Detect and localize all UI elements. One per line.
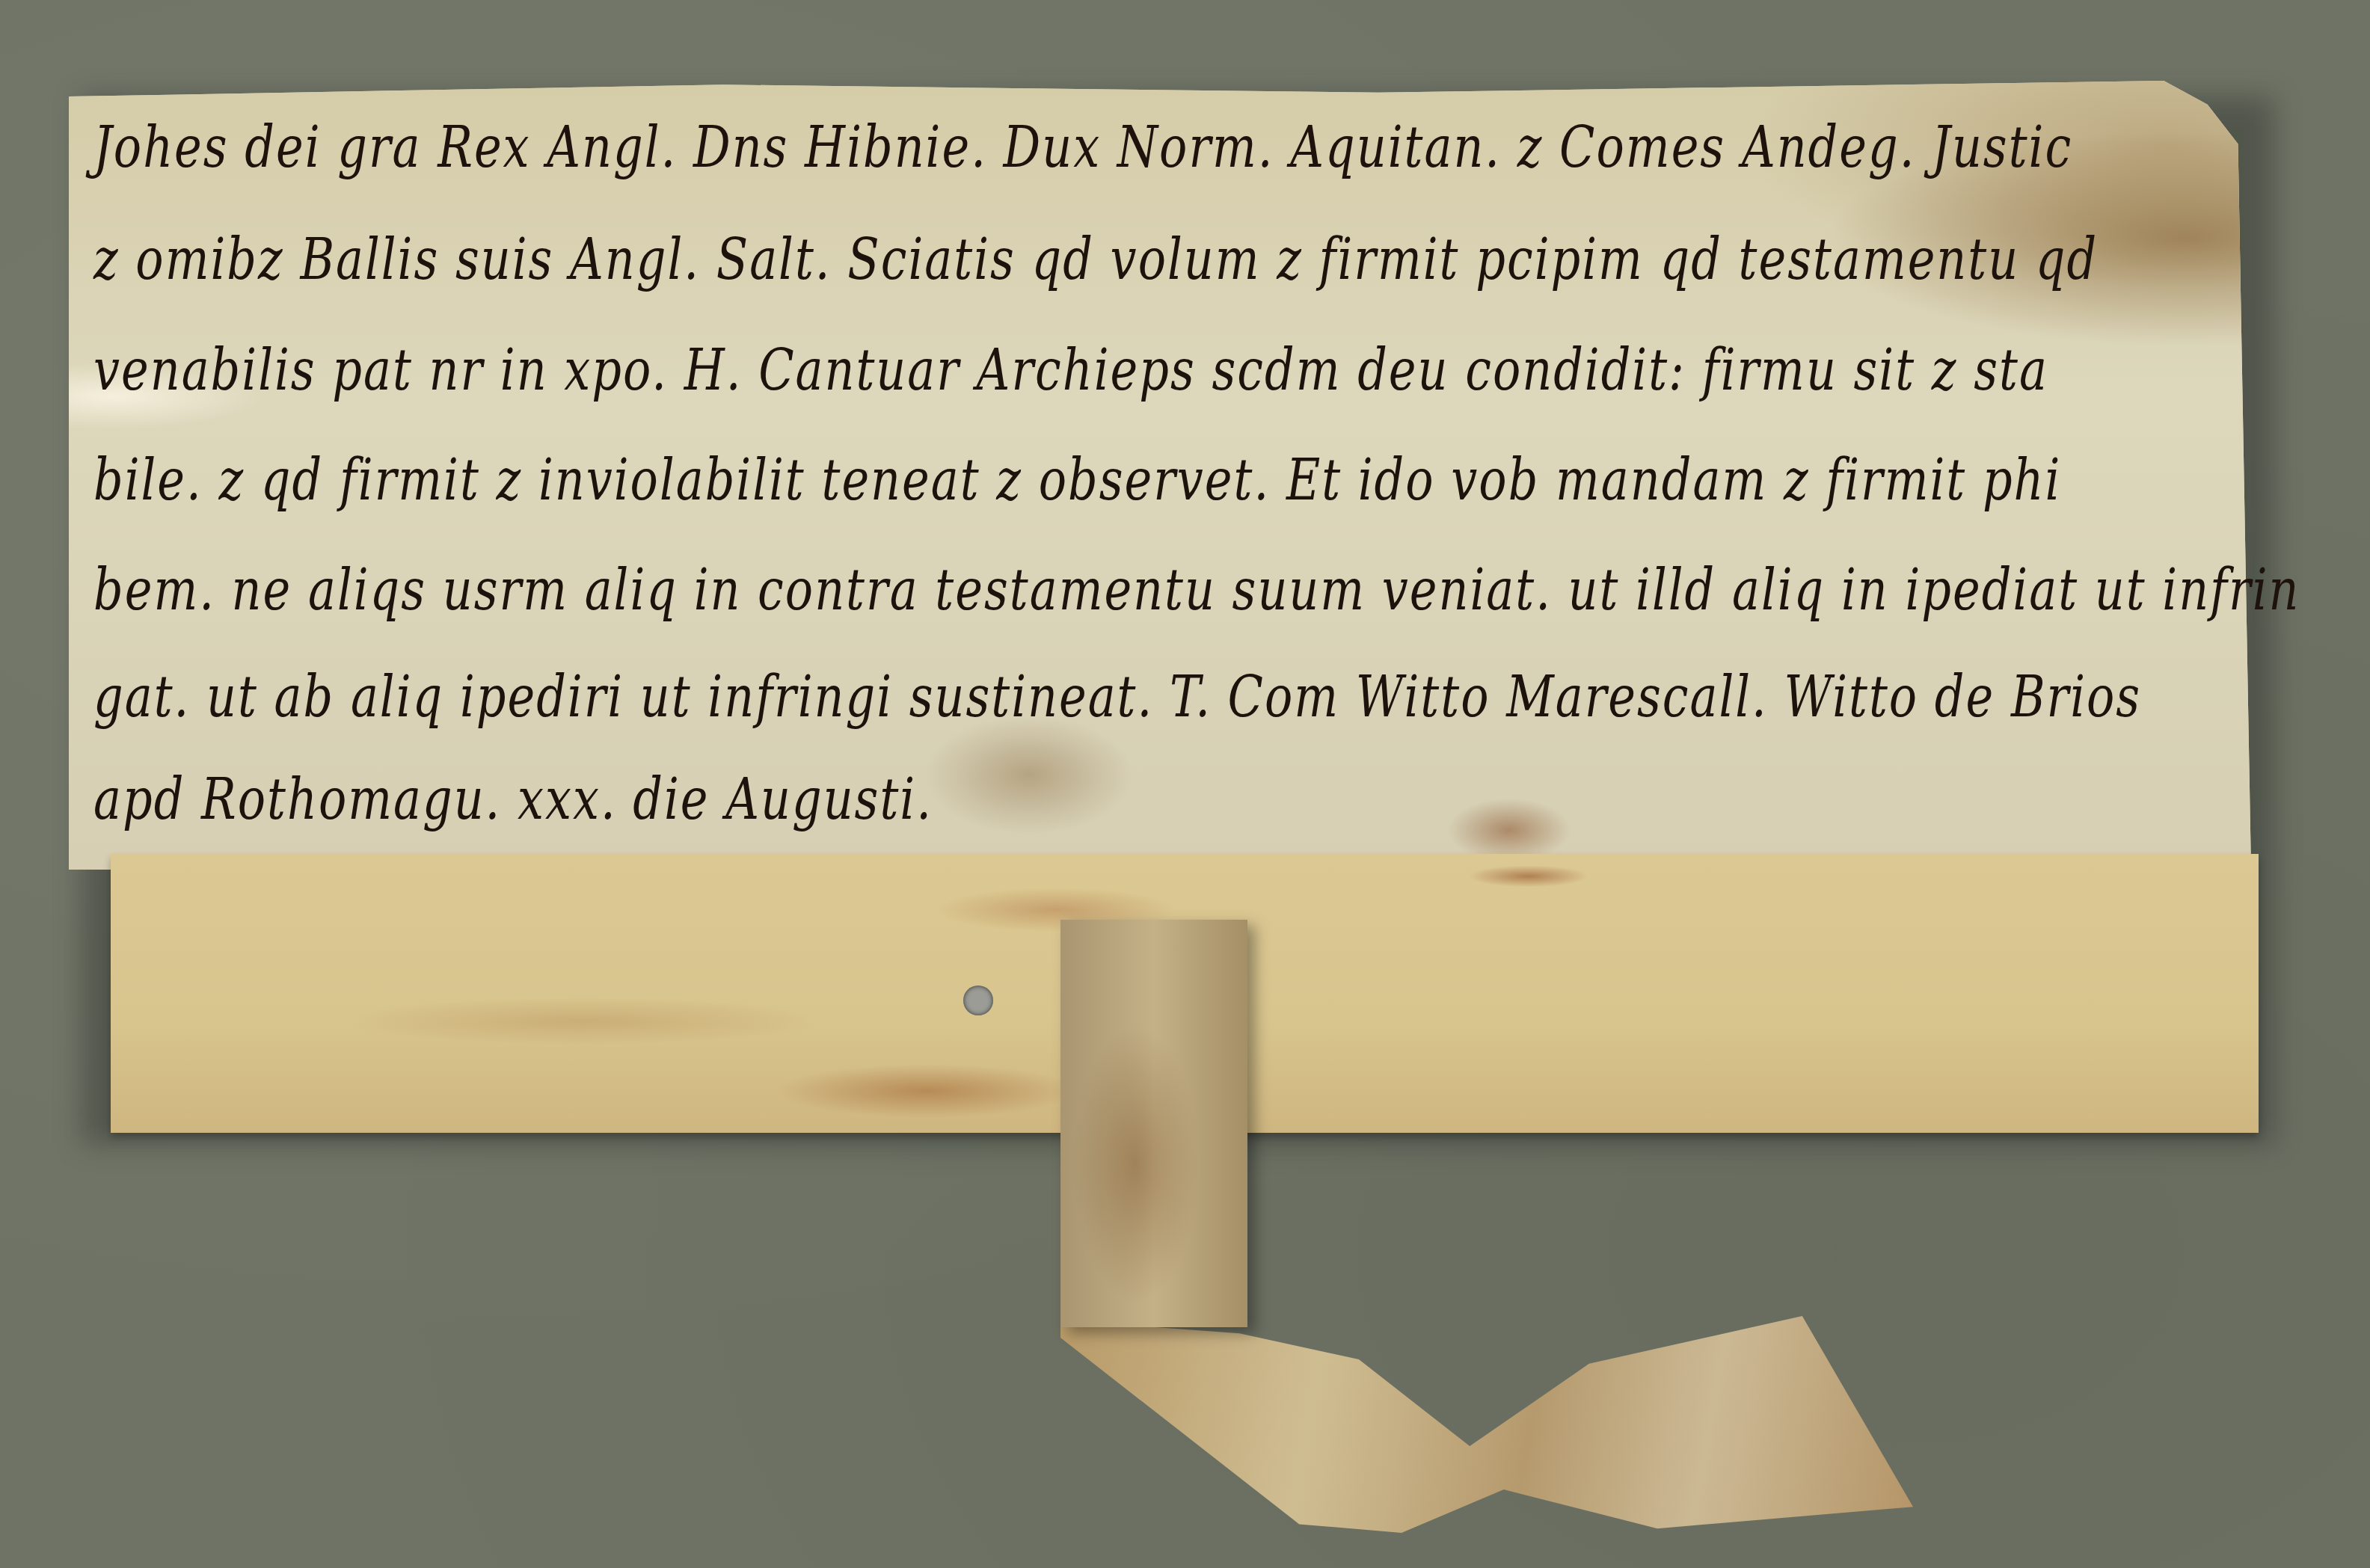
text-line-4: bile. z qd firmit z inviolabilit teneat … [93, 445, 2061, 513]
text-line-2: z omibz Ballis suis Angl. Salt. Sciatis … [93, 224, 2098, 292]
seal-tag-twisted-end [1060, 1316, 1913, 1533]
text-line-1: Johes dei gra Rex Angl. Dns Hibnie. Dux … [93, 112, 2072, 180]
text-line-7: apd Rothomagu. xxx. die Augusti. [93, 764, 933, 832]
text-line-5: bem. ne aliqs usrm aliq in contra testam… [93, 555, 2300, 623]
text-line-6: gat. ut ab aliq ipediri ut infringi sust… [93, 662, 2141, 730]
fold-hole [963, 986, 993, 1015]
seal-tag-strip [1060, 920, 1247, 1327]
text-line-3: venabilis pat nr in xpo. H. Cantuar Arch… [93, 335, 2048, 403]
